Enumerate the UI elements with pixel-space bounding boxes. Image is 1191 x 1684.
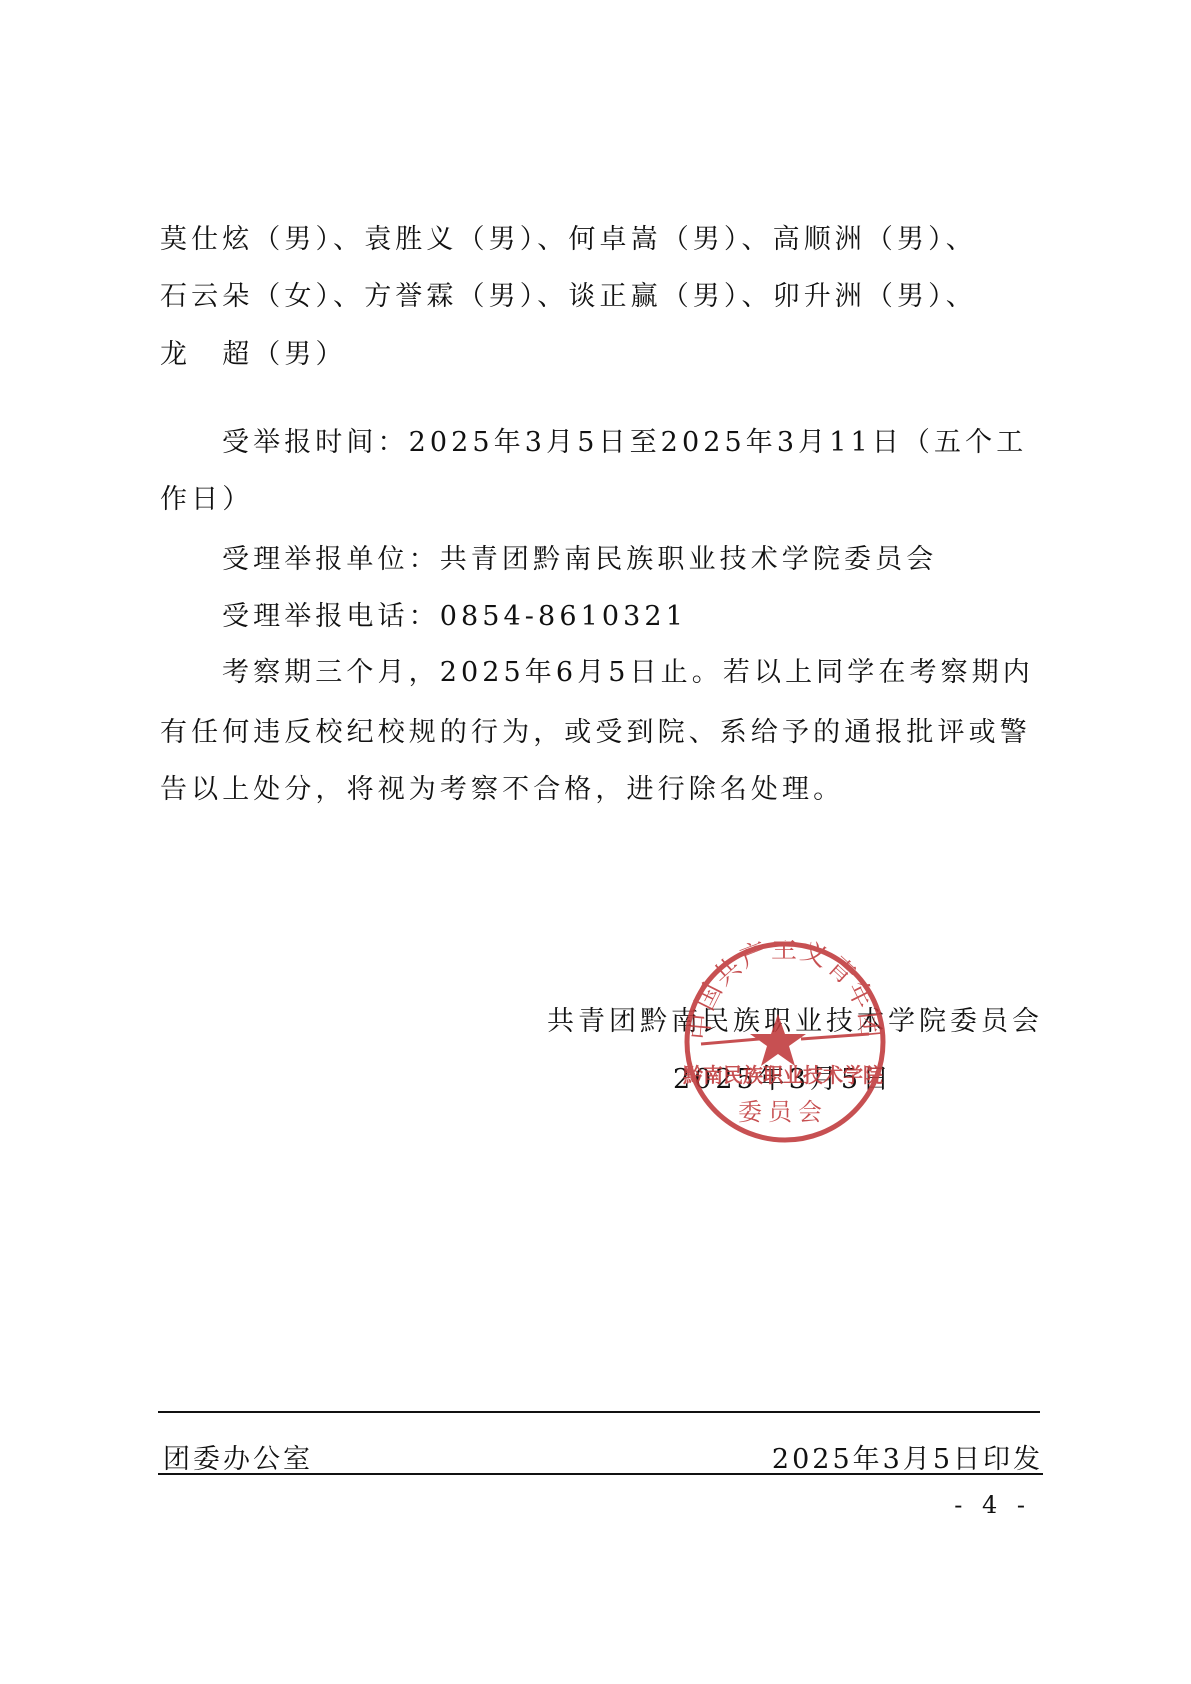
footer-top-rule (158, 1411, 1040, 1413)
page-number: - 4 - (954, 1490, 1031, 1520)
probation-line-3: 告以上处分，将视为考察不合格，进行除名处理。 (160, 770, 1040, 810)
report-unit: 受理举报单位：共青团黔南民族职业技术学院委员会 (222, 540, 1040, 580)
report-time-line-2: 作日） (160, 480, 1040, 520)
probation-line-2: 有任何违反校纪校规的行为，或受到院、系给予的通报批评或警 (160, 713, 1040, 753)
report-phone: 受理举报电话：0854-8610321 (222, 597, 1040, 637)
probation-line-1: 考察期三个月，2025年6月5日止。若以上同学在考察期内 (222, 653, 1040, 693)
report-time-line-1: 受举报时间：2025年3月5日至2025年3月11日（五个工 (222, 423, 1040, 463)
seal-inner-line-1: 黔南民族职业技术学院 (683, 1063, 883, 1087)
official-seal-stamp: 中国共产主义青年团 黔南民族职业技术学院 委员会 (683, 940, 887, 1144)
names-line-2: 石云朵（女）、方誉霖（男）、谈正赢（男）、卯升洲（男）、 (160, 277, 1040, 317)
names-line-1: 莫仕炫（男）、袁胜义（男）、何卓嵩（男）、高顺洲（男）、 (160, 220, 1040, 260)
footer-bottom-rule (158, 1473, 1043, 1475)
names-line-3: 龙 超（男） (160, 335, 1040, 375)
seal-arc-text: 中国共产主义青年团 (685, 940, 885, 1041)
seal-inner-line-2: 委员会 (738, 1098, 828, 1126)
